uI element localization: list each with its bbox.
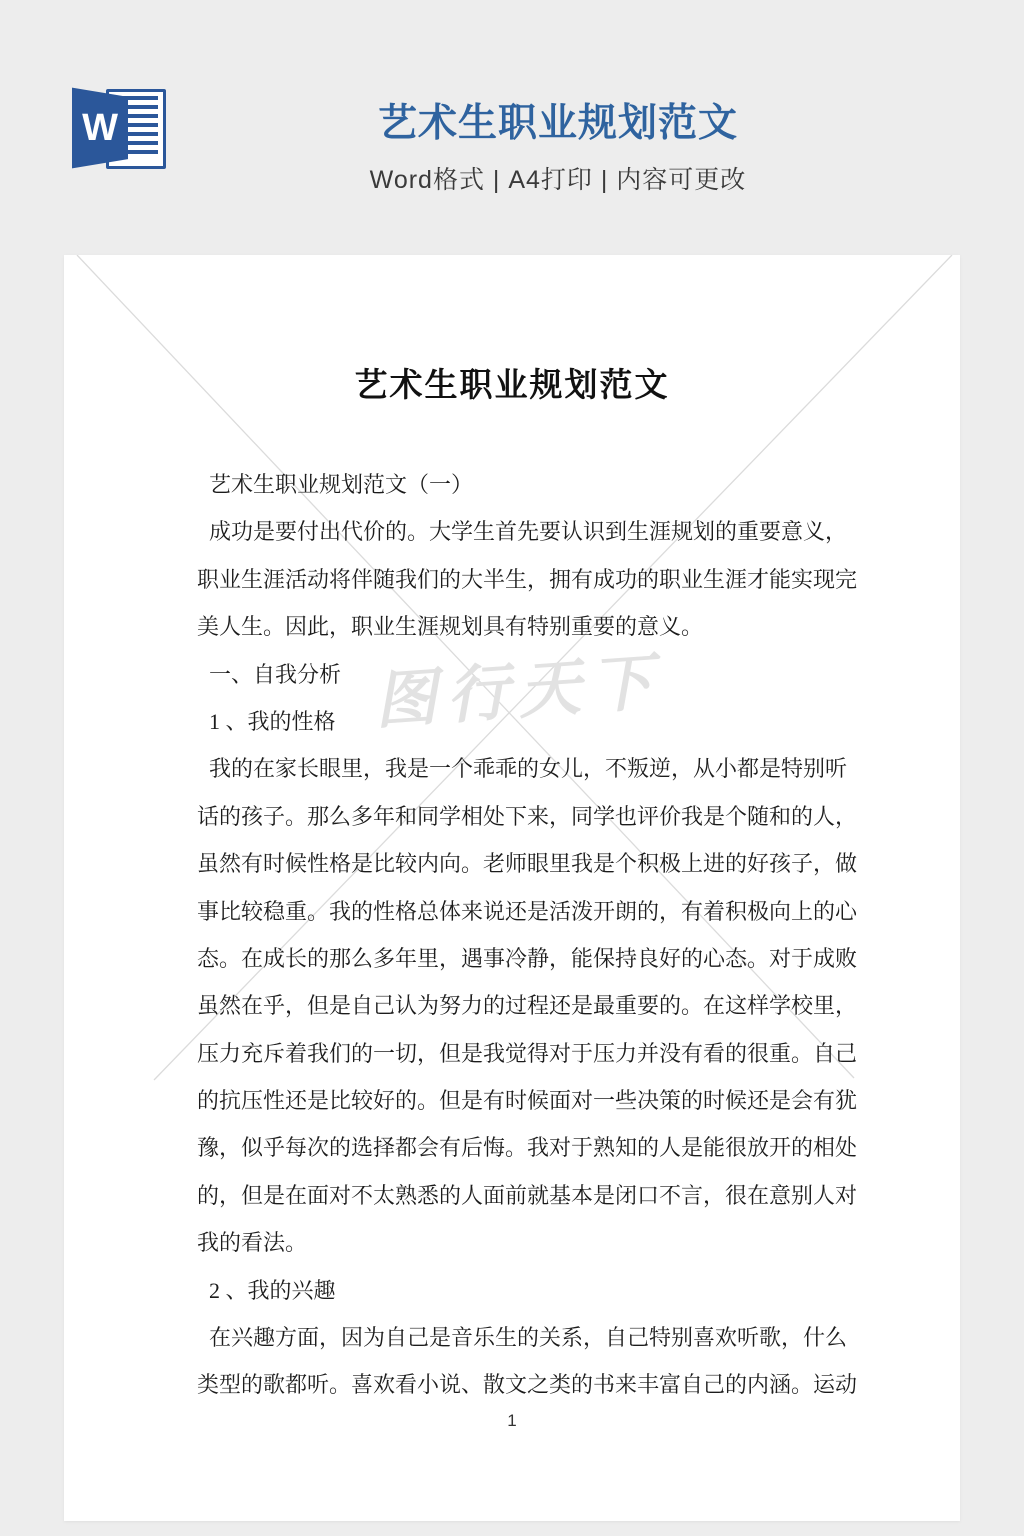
body-line: 的抗压性还是比较好的。但是有时候面对一些决策的时候还是会有犹 [197,1077,857,1124]
body-line: 类型的歌都听。喜欢看小说、散文之类的书来丰富自己的内涵。运动 [197,1361,857,1408]
header-title: 艺术生职业规划范文 [92,92,1024,148]
body-line: 的，但是在面对不太熟悉的人面前就基本是闭口不言，很在意别人对 [197,1172,857,1219]
body-line: 压力充斥着我们的一切，但是我觉得对于压力并没有看的很重。自己 [197,1030,857,1077]
body-line: 一、自我分析 [197,651,857,698]
body-line: 职业生涯活动将伴随我们的大半生，拥有成功的职业生涯才能实现完 [197,556,857,603]
body-line: 2 、我的兴趣 [197,1267,857,1314]
document-title: 艺术生职业规划范文 [64,359,960,406]
header-subtitle: Word格式 | A4打印 | 内容可更改 [92,160,1024,196]
preview-header: W 艺术生职业规划范文 Word格式 | A4打印 | 内容可更改 [0,0,1024,255]
body-line: 艺术生职业规划范文（一） [197,461,857,508]
page-number: 1 [64,1411,960,1431]
document-body: 艺术生职业规划范文（一） 成功是要付出代价的。大学生首先要认识到生涯规划的重要意… [197,461,857,1409]
body-line: 态。在成长的那么多年里，遇事冷静，能保持良好的心态。对于成败 [197,935,857,982]
body-line: 美人生。因此，职业生涯规划具有特别重要的意义。 [197,603,857,650]
body-line: 话的孩子。那么多年和同学相处下来，同学也评价我是个随和的人， [197,793,857,840]
body-line: 成功是要付出代价的。大学生首先要认识到生涯规划的重要意义， [197,508,857,555]
body-line: 虽然在乎，但是自己认为努力的过程还是最重要的。在这样学校里， [197,982,857,1029]
body-line: 我的在家长眼里，我是一个乖乖的女儿，不叛逆，从小都是特别听 [197,745,857,792]
body-line: 豫，似乎每次的选择都会有后悔。我对于熟知的人是能很放开的相处 [197,1124,857,1171]
body-line: 我的看法。 [197,1219,857,1266]
header-text-block: 艺术生职业规划范文 Word格式 | A4打印 | 内容可更改 [0,92,1024,196]
body-line: 事比较稳重。我的性格总体来说还是活泼开朗的，有着积极向上的心 [197,888,857,935]
body-line: 虽然有时候性格是比较内向。老师眼里我是个积极上进的好孩子，做 [197,840,857,887]
body-line: 1 、我的性格 [197,698,857,745]
body-line: 在兴趣方面，因为自己是音乐生的关系，自己特别喜欢听歌，什么 [197,1314,857,1361]
document-page: 图行天下 艺术生职业规划范文 艺术生职业规划范文（一） 成功是要付出代价的。大学… [64,255,960,1521]
